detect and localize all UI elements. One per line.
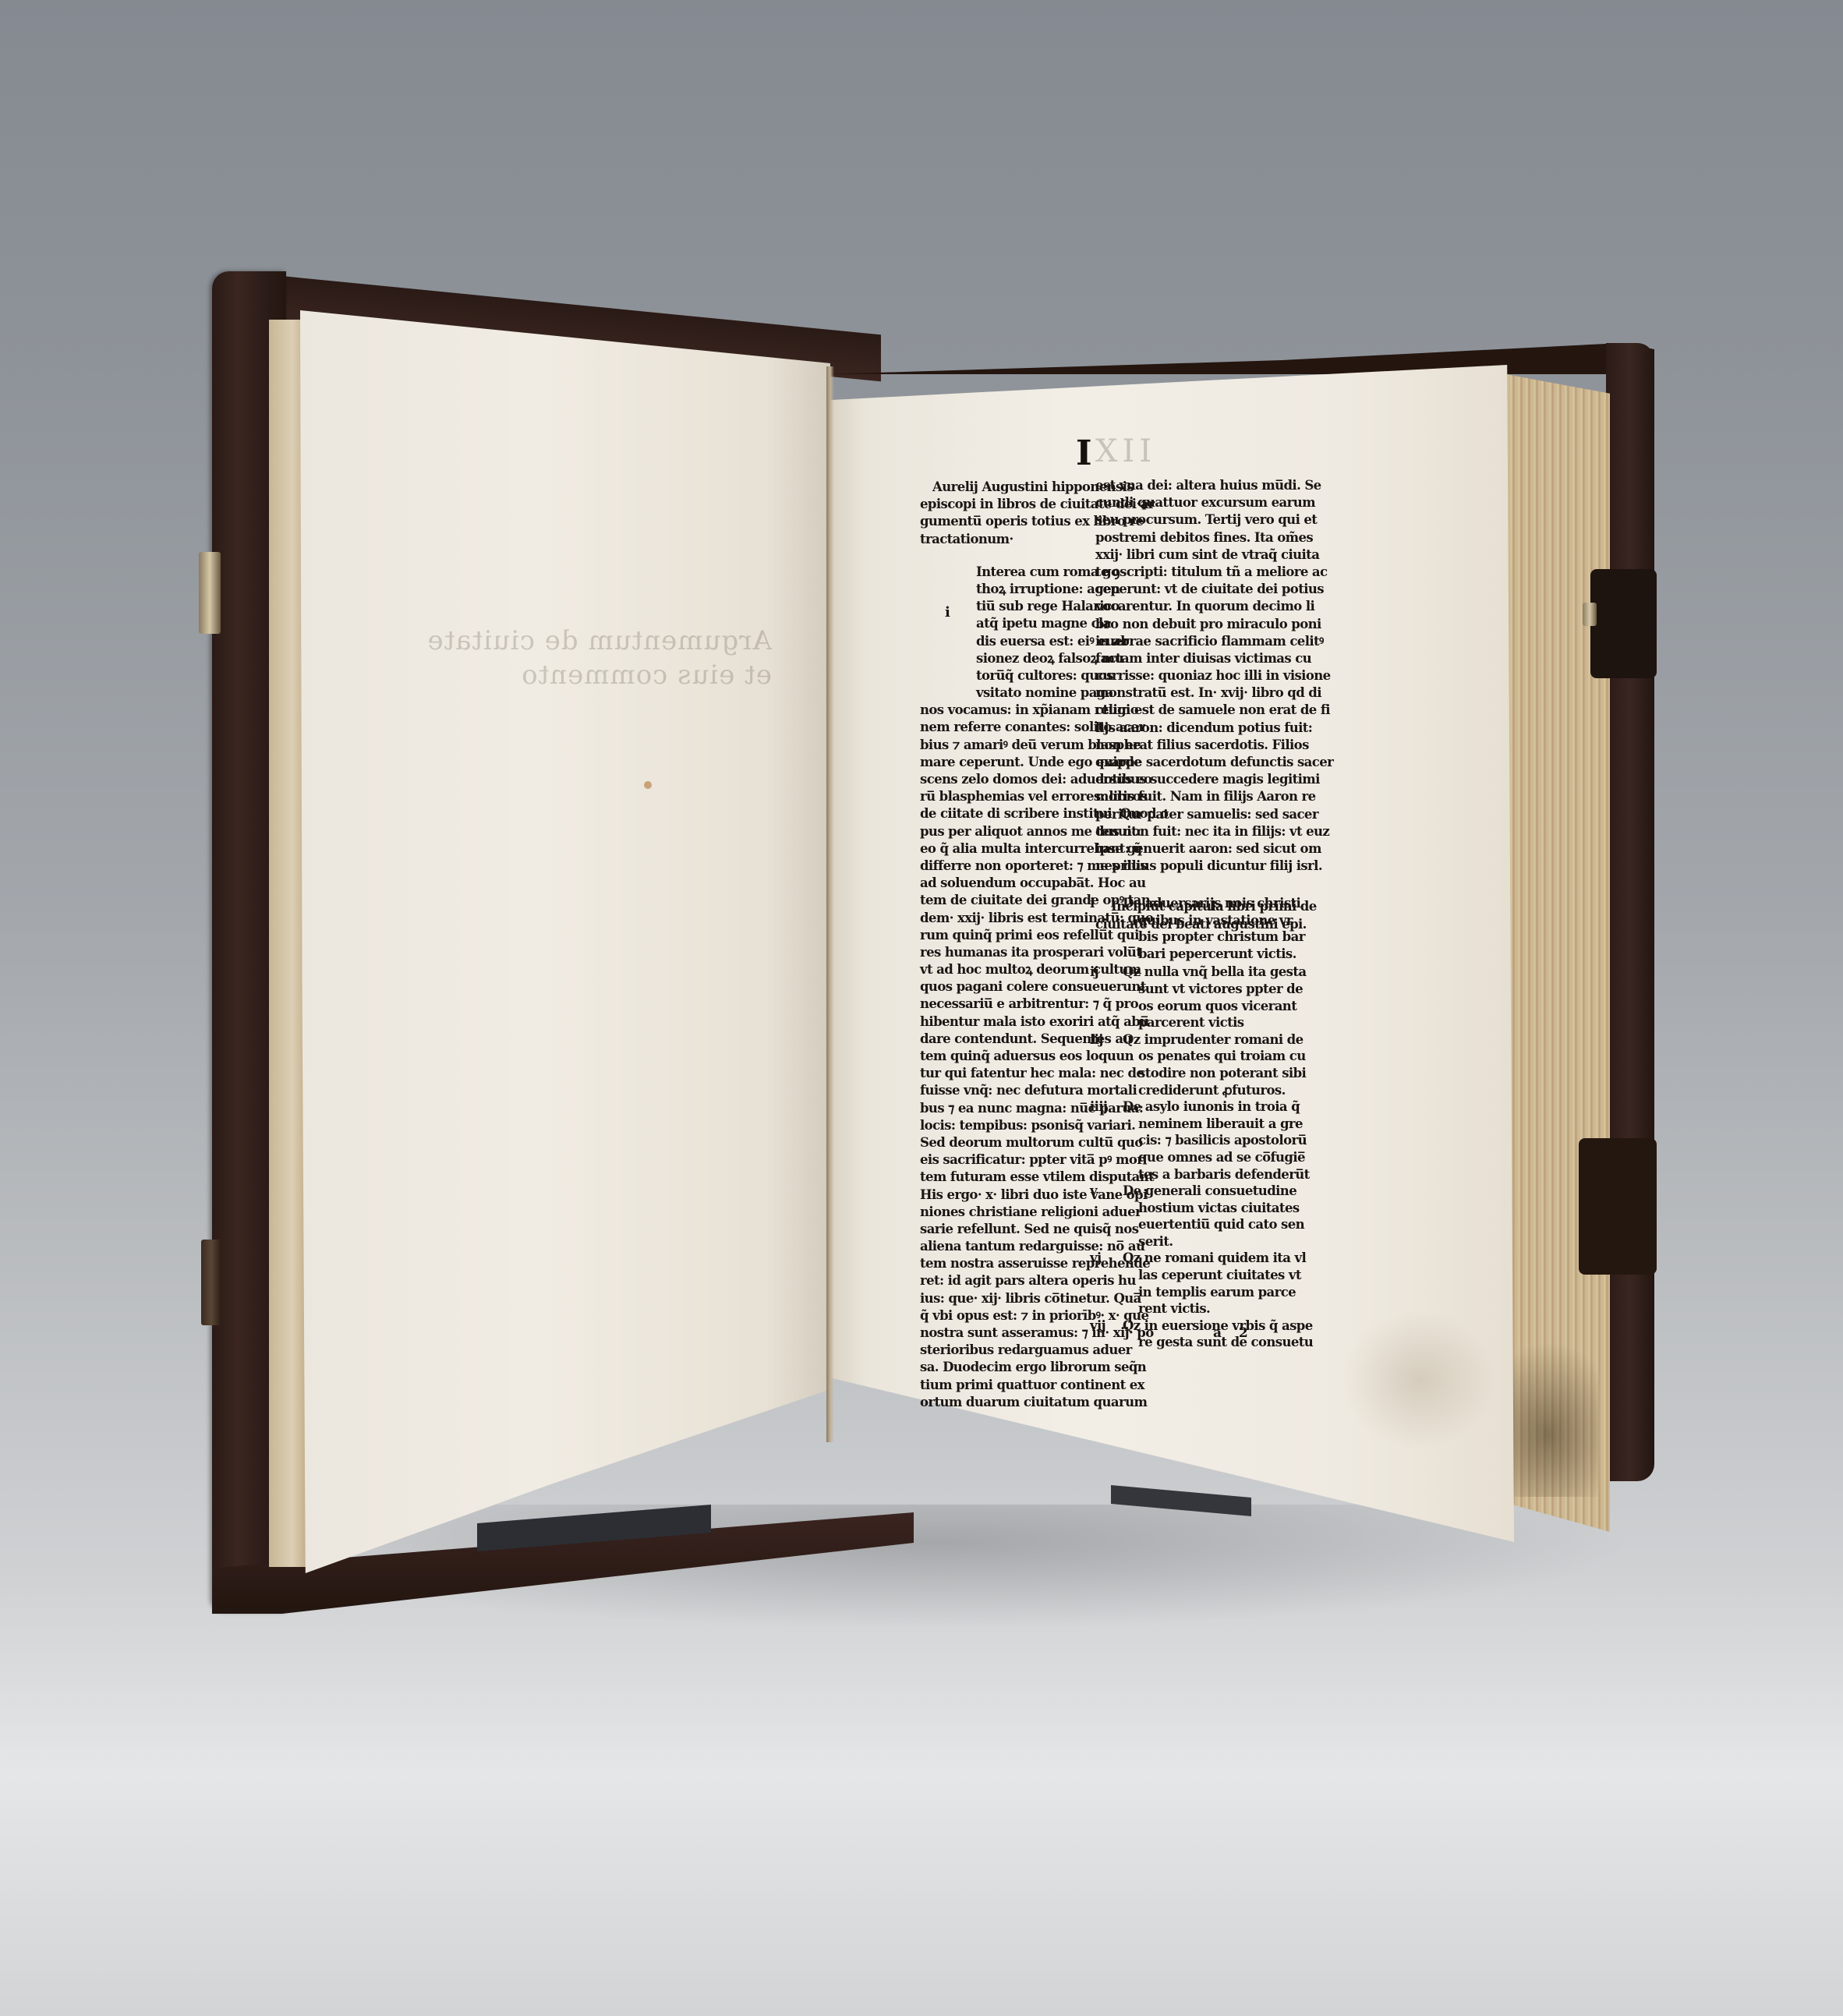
text-line: ad soluendum occupaba̅t. Hoc au <box>920 875 1076 892</box>
chapter-line: os eorum quos vicerant <box>1123 998 1277 1015</box>
text-line: differre non oporteret: ⁊ me prius <box>920 858 1076 875</box>
chapter-line: quibus in vastatione vr <box>1123 912 1277 929</box>
clasp-catch-upper-left <box>199 552 221 634</box>
text-line: peritur pater samuelis: sed sacer <box>1095 806 1275 823</box>
text-line: monstratu̅ est. In· xvij· libro qd di <box>1095 684 1275 702</box>
text-line: bro non debuit pro miraculo poni <box>1095 616 1275 633</box>
text-line: ctum est de samuele non erat de fi <box>1095 702 1275 719</box>
text-line: ortum duarum ciuitatum quarum <box>920 1394 1076 1411</box>
chapter-line: De aduersarijs nois christi <box>1123 895 1277 912</box>
indented-line: tiu̅ sub rege Halarico <box>920 598 1076 615</box>
indented-line: atq̃ ipetu magne cla <box>920 615 1076 632</box>
chapter-line: euertentiu̅ quid cato sen <box>1123 1216 1277 1233</box>
text-line: Sed deorum multorum cultu̅ quo <box>920 1134 1076 1151</box>
text-line: nem referre conantes: solito acer <box>920 719 1076 736</box>
chapter-line: serit. <box>1123 1233 1277 1250</box>
text-line: tium primi quattuor continent ex <box>920 1377 1076 1394</box>
text-line: mare ceperunt. Unde ego exarde <box>920 754 1076 771</box>
text-line: est vna dei: altera huius mu̅di. Se <box>1095 477 1275 494</box>
chapter-line: stodire non poterant sibi <box>1123 1065 1277 1082</box>
text-line: necessariu̅ e arbitrentur: ⁊ q̃ pro <box>920 996 1076 1013</box>
text-line: sa. Duodecim ergo librorum seq̃n <box>920 1359 1076 1376</box>
clasp-strap-lower-right <box>1579 1138 1657 1275</box>
indented-line: toru̅q̃ cultores: quos <box>920 667 1076 684</box>
chapter-number: v <box>1090 1183 1097 1200</box>
text-line: rum quinq̃ primi eos refellu̅t qui <box>920 927 1076 944</box>
chapter-list: i De aduersarijs nois christi quibus in … <box>1090 895 1277 1351</box>
chapter-line: De asylo iunonis in troia q̃ <box>1123 1098 1277 1116</box>
text-line: pus per aliquot annos me tenuit: <box>920 823 1076 840</box>
text-line: ceperunt: vt de ciuitate dei potius <box>1095 581 1275 598</box>
text-line: cundi quattuor excursum earum <box>1095 494 1275 511</box>
text-line: eo q̃ alia multa intercurrebant: q̃ <box>920 840 1076 858</box>
heading-line: Aurelij Augustini hipponensis <box>920 479 1076 496</box>
text-line: seu procursum. Tertij vero qui et <box>1095 511 1275 529</box>
text-line: eis sacrificatur: ppter vita̅ pꝰ mor <box>920 1151 1076 1169</box>
text-line: sarie refellunt. Sed ne quisq̃ nos <box>920 1221 1076 1238</box>
text-line: dem· xxij· libris est terminatu̅: quo <box>920 910 1076 927</box>
text-line: non erat filius sacerdotis. Filios <box>1095 737 1275 754</box>
text-line: te ꝯscripti: titulum tñ a meliore ac <box>1095 564 1275 581</box>
text-line: res humanas ita prosperari volu̅t <box>920 944 1076 961</box>
chapter-line: parcerent victis <box>1123 1014 1277 1031</box>
text-line: ipse genuerit aaron: sed sicut om <box>1095 840 1275 858</box>
heading-line: gumentu̅ operis totius ex libro re <box>920 513 1076 530</box>
clasp-hook-upper-right <box>1583 603 1597 626</box>
text-line: sterioribus redarguamus aduer <box>920 1342 1076 1359</box>
text-line: dos non fuit: nec ita in filijs: vt euz <box>1095 823 1275 840</box>
text-line: bius ⁊ amariꝰ deu̅ verum blasphe <box>920 737 1076 754</box>
chapter-line: in templis earum parce <box>1123 1284 1277 1301</box>
text-line: vocarentur. In quorum decimo li <box>1095 598 1275 615</box>
text-line: currisse: quoniaz hoc illi in visione <box>1095 667 1275 684</box>
text-line: in abrae sacrificio flammam celitꝰ <box>1095 633 1275 650</box>
text-line: tem nostra asseruisse reprehende <box>920 1255 1076 1272</box>
text-line: vt ad hoc multoꝝ deorum cultum <box>920 961 1076 978</box>
clasp-catch-lower-left <box>201 1240 221 1325</box>
text-line: tem futuram esse vtilem disputant <box>920 1169 1076 1186</box>
text-line: ret: id agit pars altera operis hu <box>920 1272 1076 1289</box>
chapter-line: bis propter christum bar <box>1123 928 1277 946</box>
text-line: q̃ vbi opus est: ⁊ in priorībꝰ· x· que <box>920 1307 1076 1325</box>
text-line: xxij· libri cum sint de vtraq̃ ciuita <box>1095 546 1275 564</box>
text-column-right: est vna dei: altera huius mu̅di. Se cund… <box>1095 477 1275 933</box>
text-column-left: Aurelij Augustini hipponensis episcopi i… <box>920 479 1076 1411</box>
chapter-entry: ij Qz nulla vnq̃ bella ita gesta sunt vt… <box>1090 964 1277 1031</box>
indented-line: sionez deoꝝ falsoꝝ mu <box>920 650 1076 667</box>
folio-ghost: XII <box>1095 433 1156 469</box>
text-line: dare contendunt. Sequentes au <box>920 1031 1076 1048</box>
spacer <box>920 548 1076 564</box>
chapter-entry: iiij De asylo iunonis in troia q̃ nemine… <box>1090 1098 1277 1183</box>
page-stain <box>1341 1310 1497 1450</box>
chapter-number: vij <box>1090 1317 1105 1335</box>
text-line: nostra sunt asseramus: ⁊ in· xij· po <box>920 1325 1076 1342</box>
right-cover-top-edge <box>826 343 1654 374</box>
chapter-line: bari pepercerunt victis. <box>1123 946 1277 963</box>
left-page <box>300 310 830 1573</box>
text-line: quos pagani colere consueuerunt <box>920 978 1076 996</box>
chapter-number: vj <box>1090 1250 1101 1267</box>
chapter-number: ij <box>1090 964 1098 981</box>
text-line: aliena tantum redarguisse: no̅ au <box>920 1238 1076 1255</box>
show-through-text: Argumentum de ciuitate et eius commento <box>522 624 772 692</box>
text-line: nes illius populi dicuntur filij isrl. <box>1095 858 1275 875</box>
chapter-entry: i De aduersarijs nois christi quibus in … <box>1090 895 1277 962</box>
chapter-line: tes a barbaris defenderu̅t <box>1123 1166 1277 1183</box>
text-line: factam inter diuisas victimas cu <box>1095 650 1275 667</box>
text-line: dotibus succedere magis legitimi <box>1095 771 1275 788</box>
text-line: moris fuit. Nam in filijs Aaron re <box>1095 788 1275 805</box>
indented-line: dis euersa est: eiꝰ euer <box>920 633 1076 650</box>
foxing-spot <box>644 781 652 789</box>
chapter-number: iij <box>1090 1031 1103 1049</box>
text-line: bus ⁊ ea nunc magna: nu̅c parua: <box>920 1100 1076 1117</box>
chapter-line: Qz ne romani quidem ita vl <box>1123 1250 1277 1267</box>
signature-mark: a 2 <box>1213 1325 1254 1341</box>
indented-line: thoꝝ irruptione: agen <box>920 581 1076 598</box>
text-line: locis: tempibus: psonisq̃ variari. <box>920 1117 1076 1134</box>
chapter-line: neminem liberauit a gre <box>1123 1116 1277 1133</box>
heading-line: episcopi in libros de ciuitate dei·ar <box>920 496 1076 513</box>
chapter-line: Qz imprudenter romani de <box>1123 1031 1277 1049</box>
chapter-entry: iij Qz imprudenter romani de os penates … <box>1090 1031 1277 1098</box>
clasp-strap-upper-right <box>1590 569 1657 678</box>
text-line: tur qui fatentur hec mala: nec de <box>920 1065 1076 1082</box>
chapter-number: iiij <box>1090 1098 1107 1116</box>
indented-line: Interea cum roma go <box>920 564 1076 581</box>
show-through-line: et eius commento <box>522 658 772 692</box>
chapter-line: sunt vt victores ppter de <box>1123 981 1277 998</box>
right-leather-cover <box>1606 343 1654 1481</box>
gutter-shadow <box>826 366 834 1442</box>
chapter-line: hostium victas ciuitates <box>1123 1200 1277 1217</box>
text-line: tem de ciuitate dei grande opꝰ tan <box>920 892 1076 909</box>
chapter-line: que omnes ad se co̅fugie̅ <box>1123 1149 1277 1166</box>
chapter-line: De generali consuetudine <box>1123 1183 1277 1200</box>
chapter-line: rent victis. <box>1123 1300 1277 1317</box>
text-line: de ciitate di scribere institui. Quod o <box>920 805 1076 822</box>
text-line: ru̅ blasphemias vel errores: libros <box>920 788 1076 805</box>
text-line: lijs aaron: dicendum potius fuit: <box>1095 720 1275 737</box>
chapter-entry: vj Qz ne romani quidem ita vl las ceperu… <box>1090 1250 1277 1317</box>
chapter-line: crediderunt ꝓfuturos. <box>1123 1082 1277 1099</box>
text-line: nos vocamus: in xp̃ianam religio <box>920 702 1076 719</box>
chapter-entry: v De generali consuetudine hostium victa… <box>1090 1183 1277 1250</box>
text-line: hibentur mala isto exoriri atq̃ abu̅ <box>920 1013 1076 1031</box>
text-line: postremi debitos fines. Ita om̃es <box>1095 529 1275 546</box>
folio-number: I <box>1076 433 1092 473</box>
guide-letter: i <box>945 604 950 621</box>
indented-line: vsitato nomine paga <box>920 684 1076 702</box>
text-line: niones christiane religioni aduer <box>920 1204 1076 1221</box>
text-line: scens zelo domos dei: aduersus eo <box>920 771 1076 788</box>
text-line: quippe sacerdotum defunctis sacer <box>1095 754 1275 771</box>
text-line: ius: que· xij· libris co̅tinetur. Qua̅ <box>920 1290 1076 1307</box>
text-line: fuisse vnq̃: nec defutura mortali <box>920 1082 1076 1099</box>
chapter-number: i <box>1090 895 1095 912</box>
show-through-line: Argumentum de ciuitate <box>522 624 772 658</box>
chapter-line: cis: ⁊ basilicis apostoloru̅ <box>1123 1132 1277 1149</box>
text-line: His ergo· x· libri duo iste vane opi <box>920 1187 1076 1204</box>
chapter-line: Qz nulla vnq̃ bella ita gesta <box>1123 964 1277 981</box>
chapter-line: os penates qui troiam cu <box>1123 1048 1277 1065</box>
text-line: tem quinq̃ aduersus eos loquun <box>920 1048 1076 1065</box>
heading-line: tractationum· <box>920 531 1076 548</box>
chapter-line: las ceperunt ciuitates vt <box>1123 1267 1277 1284</box>
